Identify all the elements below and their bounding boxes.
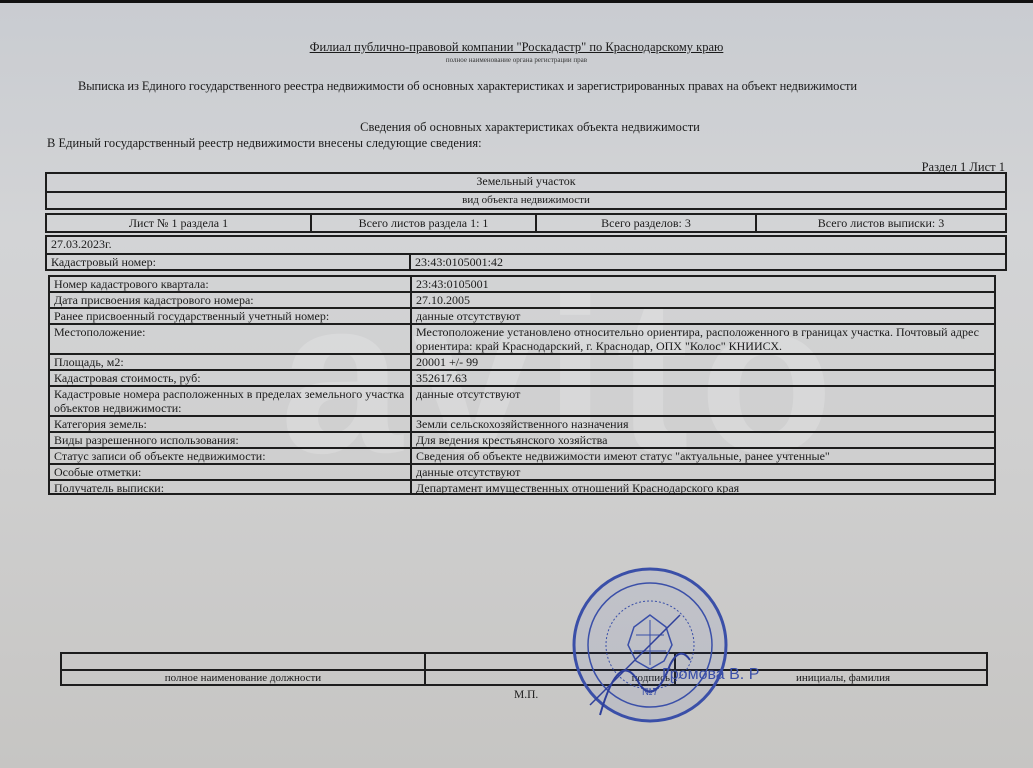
row-value: Сведения об объекте недвижимости имеют с… bbox=[412, 449, 994, 463]
row-value: Департамент имущественных отношений Крас… bbox=[412, 481, 994, 495]
row-value: данные отсутствуют bbox=[412, 465, 994, 479]
row-value: Местоположение установлено относительно … bbox=[412, 325, 994, 353]
table-row: Дата присвоения кадастрового номера: 27.… bbox=[50, 291, 994, 307]
row-label: Ранее присвоенный государственный учетны… bbox=[50, 309, 412, 323]
agency-caption: полное наименование органа регистрации п… bbox=[0, 56, 1033, 64]
section-title: Сведения об основных характеристиках объ… bbox=[0, 120, 1033, 135]
total-sheets-extract: Всего листов выписки: 3 bbox=[757, 215, 1005, 231]
row-value: 20001 +/- 99 bbox=[412, 355, 994, 369]
sheet-number: Лист № 1 раздела 1 bbox=[47, 215, 312, 231]
characteristics-table: Номер кадастрового квартала: 23:43:01050… bbox=[48, 275, 996, 495]
table-row: Кадастровые номера расположенных в преде… bbox=[50, 385, 994, 415]
seal-label: М.П. bbox=[514, 689, 538, 701]
row-label: Кадастровая стоимость, руб: bbox=[50, 371, 412, 385]
date-cadastral-box: 27.03.2023г. Кадастровый номер: 23:43:01… bbox=[45, 235, 1007, 271]
agency-name: Филиал публично-правовой компании "Роска… bbox=[0, 40, 1033, 55]
row-value: Земли сельскохозяйственного назначения bbox=[412, 417, 994, 431]
position-caption: полное наименование должности bbox=[62, 671, 426, 684]
object-type-box: Земельный участок вид объекта недвижимос… bbox=[45, 172, 1007, 210]
table-row: Местоположение: Местоположение установле… bbox=[50, 323, 994, 353]
row-label: Виды разрешенного использования: bbox=[50, 433, 412, 447]
row-label: Дата присвоения кадастрового номера: bbox=[50, 293, 412, 307]
row-value: данные отсутствуют bbox=[412, 309, 994, 323]
sheets-info-box: Лист № 1 раздела 1 Всего листов раздела … bbox=[45, 213, 1007, 233]
table-row: Категория земель: Земли сельскохозяйстве… bbox=[50, 415, 994, 431]
document-page: avito Филиал публично-правовой компании … bbox=[0, 0, 1033, 768]
signature-table: полное наименование должности подпись ин… bbox=[60, 652, 988, 686]
row-value: 27.10.2005 bbox=[412, 293, 994, 307]
row-label: Статус записи об объекте недвижимости: bbox=[50, 449, 412, 463]
official-stamp-icon: №7 bbox=[570, 565, 730, 725]
object-type-caption: вид объекта недвижимости bbox=[47, 193, 1005, 208]
object-type: Земельный участок bbox=[47, 174, 1005, 191]
row-value: данные отсутствуют bbox=[412, 387, 994, 415]
table-row: Статус записи об объекте недвижимости: С… bbox=[50, 447, 994, 463]
table-row: Особые отметки: данные отсутствуют bbox=[50, 463, 994, 479]
table-row: Виды разрешенного использования: Для вед… bbox=[50, 431, 994, 447]
signer-name: Громова В. Р bbox=[662, 666, 759, 684]
document-title: Выписка из Единого государственного реес… bbox=[78, 79, 857, 94]
extract-date: 27.03.2023г. bbox=[47, 237, 1005, 253]
cadastral-number-label: Кадастровый номер: bbox=[47, 255, 411, 269]
row-label: Особые отметки: bbox=[50, 465, 412, 479]
row-label: Категория земель: bbox=[50, 417, 412, 431]
position-cell bbox=[62, 654, 426, 669]
intro-text: В Единый государственный реестр недвижим… bbox=[47, 136, 482, 151]
row-label: Получатель выписки: bbox=[50, 481, 412, 495]
table-row: Получатель выписки: Департамент имуществ… bbox=[50, 479, 994, 495]
row-label: Кадастровые номера расположенных в преде… bbox=[50, 387, 412, 415]
row-label: Площадь, м2: bbox=[50, 355, 412, 369]
table-row: Номер кадастрового квартала: 23:43:01050… bbox=[50, 277, 994, 291]
table-row: Площадь, м2: 20001 +/- 99 bbox=[50, 353, 994, 369]
table-row: Ранее присвоенный государственный учетны… bbox=[50, 307, 994, 323]
table-row: Кадастровая стоимость, руб: 352617.63 bbox=[50, 369, 994, 385]
row-value: 352617.63 bbox=[412, 371, 994, 385]
row-value: Для ведения крестьянского хозяйства bbox=[412, 433, 994, 447]
row-label: Местоположение: bbox=[50, 325, 412, 353]
cadastral-number-value: 23:43:0105001:42 bbox=[411, 255, 1005, 269]
row-value: 23:43:0105001 bbox=[412, 277, 994, 291]
row-label: Номер кадастрового квартала: bbox=[50, 277, 412, 291]
total-sheets-section: Всего листов раздела 1: 1 bbox=[312, 215, 537, 231]
total-sections: Всего разделов: 3 bbox=[537, 215, 757, 231]
